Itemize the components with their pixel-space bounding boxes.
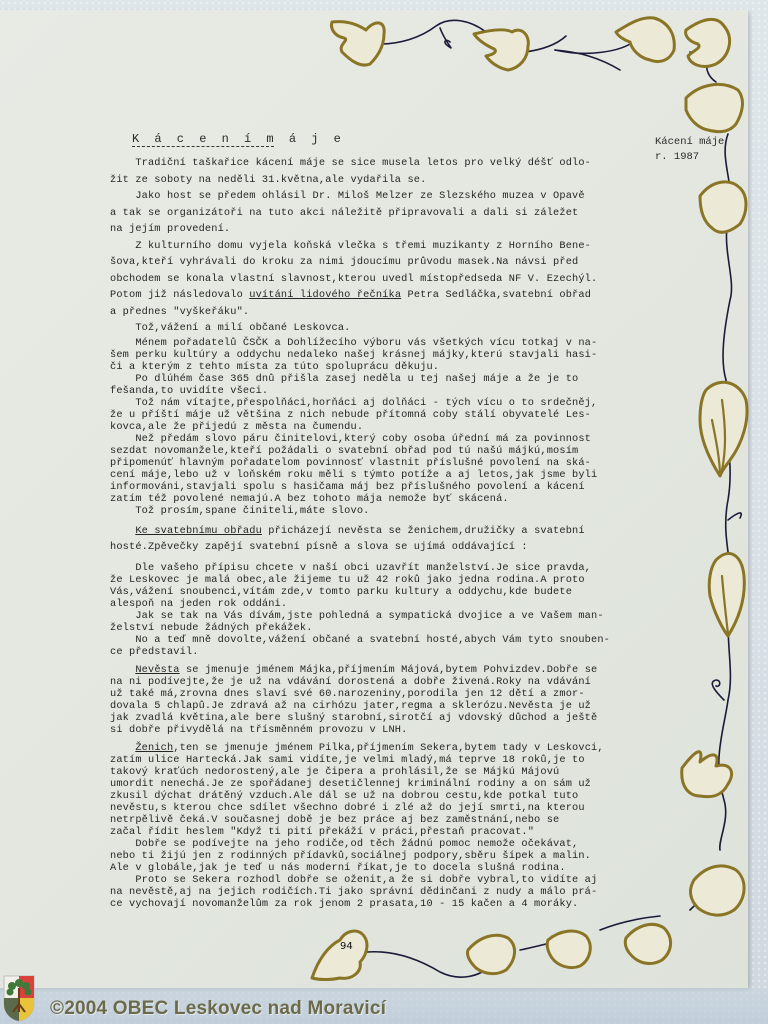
text-run: želství nebude žádných překážek. bbox=[110, 622, 313, 634]
underlined-heading: Ženich bbox=[135, 742, 173, 754]
text-run: informováni,stavjali spolu s hasičama má… bbox=[110, 481, 585, 493]
text-run: zkusil dýchat drátěný vzduch.Ale dál se … bbox=[110, 790, 578, 802]
text-run: alespoň na jeden rok oddáni. bbox=[110, 598, 287, 610]
title-underline bbox=[132, 146, 274, 147]
text-run: přicházejí nevěsta se ženichem,družičky … bbox=[262, 525, 585, 537]
text-line: a tak se organizátoři na tuto akci nálež… bbox=[110, 205, 670, 222]
text-line: Tož nám vítajte,přespolňáci,horňáci aj d… bbox=[110, 397, 670, 409]
text-line: dovala 5 chlapů.Je zdravá až na cirhózu … bbox=[110, 700, 670, 712]
text-line: ce vychovají novomanželům za rok jenom 2… bbox=[110, 898, 670, 910]
text-run: se jmenuje jménem Májka,příjmením Májová… bbox=[180, 664, 598, 676]
text-run bbox=[110, 742, 135, 754]
text-run: Po dlúhém čase 365 dnů přišla zasej nedě… bbox=[110, 373, 578, 385]
text-line: hosté.Zpěvečky zapějí svatební písně a s… bbox=[110, 539, 670, 556]
text-line: či a kterým z tehto místa za túto spolup… bbox=[110, 361, 670, 373]
underlined-heading: Nevěsta bbox=[135, 664, 179, 676]
text-line: Jako host se předem ohlásil Dr. Miloš Me… bbox=[110, 188, 670, 205]
text-run: si dobře přivydělá na třísměnném provozu… bbox=[110, 724, 407, 736]
text-line: informováni,stavjali spolu s hasičama má… bbox=[110, 481, 670, 493]
text-run: žit ze soboty na neděli 31.května,ale vy… bbox=[110, 174, 426, 186]
text-line: Tož,vážení a milí občané Leskovca. bbox=[110, 320, 670, 337]
text-line: že Leskovec je malá obec,ale žijeme tu u… bbox=[110, 574, 670, 586]
text-run: netrpělivě čeká.V současnej době je bez … bbox=[110, 814, 559, 826]
text-run: ce vychovají novomanželům za rok jenom 2… bbox=[110, 898, 578, 910]
text-line: Ženich,ten se jmenuje jménem Pilka,příjm… bbox=[110, 742, 670, 754]
text-run: Vás,vážení snoubenci,vítám zde,v tomto p… bbox=[110, 586, 572, 598]
text-run: Než předám slovo páru činitelovi,který c… bbox=[110, 433, 591, 445]
text-run: dovala 5 chlapů.Je zdravá až na cirhózu … bbox=[110, 700, 591, 712]
text-run bbox=[110, 525, 135, 537]
text-line: sezdat novomanžele,kteří požádali o svat… bbox=[110, 445, 670, 457]
text-line: Ke svatebnímu obřadu přicházejí nevěsta … bbox=[110, 523, 670, 540]
text-line: netrpělivě čeká.V současnej době je bez … bbox=[110, 814, 670, 826]
text-run: začal řídit heslem "Když ti pití překáží… bbox=[110, 826, 534, 838]
text-line: začal řídit heslem "Když ti pití překáží… bbox=[110, 826, 670, 838]
text-line: cení máje,lebo už v loňském roku měli s … bbox=[110, 469, 670, 481]
text-run: hosté.Zpěvečky zapějí svatební písně a s… bbox=[110, 541, 528, 553]
text-run: či a kterým z tehto místa za túto spolup… bbox=[110, 361, 439, 373]
text-line: No a teď mně dovolte,vážení občané a sva… bbox=[110, 634, 670, 646]
text-line: Jak se tak na Vás dívám,jste pohledná a … bbox=[110, 610, 670, 622]
text-line: Ménem pořadatelů ČSČK a Dohlížecího výbo… bbox=[110, 337, 670, 349]
text-line: Po dlúhém čase 365 dnů přišla zasej nedě… bbox=[110, 373, 670, 385]
text-run bbox=[110, 664, 135, 676]
text-run: že Leskovec je malá obec,ale žijeme tu u… bbox=[110, 574, 585, 586]
text-run: Ménem pořadatelů ČSČK a Dohlížecího výbo… bbox=[110, 337, 597, 349]
underlined-heading: Ke svatebnímu obřadu bbox=[135, 525, 262, 537]
text-run: nevěstu,s kterou chce sdílet všechno dob… bbox=[110, 802, 585, 814]
text-line: Tož prosím,spane činiteli,máte slovo. bbox=[110, 505, 670, 517]
text-run: ce představil. bbox=[110, 646, 199, 658]
text-line: že u příští máje už většina z nich nebud… bbox=[110, 409, 670, 421]
text-line: obchodem se konala vlastní slavnost,kter… bbox=[110, 271, 670, 288]
text-line: ce představil. bbox=[110, 646, 670, 658]
text-line: na nevěstě,aj na jejich rodičích.Ti jako… bbox=[110, 886, 670, 898]
text-line: nevěstu,s kterou chce sdílet všechno dob… bbox=[110, 802, 670, 814]
text-line: a přednes "vyškeřáku". bbox=[110, 304, 670, 321]
text-line: Dle vašeho přípisu chcete v naší obci uz… bbox=[110, 562, 670, 574]
text-line: Z kulturního domu vyjela koňská vlečka s… bbox=[110, 238, 670, 255]
text-run: Dobře se podívejte na jeho rodiče,od těc… bbox=[110, 838, 578, 850]
text-run: zatím též povolené nemajú.A bez tohoto m… bbox=[110, 493, 509, 505]
text-run: Potom již následovalo bbox=[110, 289, 249, 301]
text-line: alespoň na jeden rok oddáni. bbox=[110, 598, 670, 610]
text-run: na nevěstě,aj na jejich rodičích.Ti jako… bbox=[110, 886, 597, 898]
text-run: nebo ti žijú jen z rodinných přídavků,so… bbox=[110, 850, 591, 862]
text-line: Vás,vážení snoubenci,vítám zde,v tomto p… bbox=[110, 586, 670, 598]
text-line: na ni podívejte,že je už na vdávání doro… bbox=[110, 676, 670, 688]
text-line: fešanda,to uvidíte všeci. bbox=[110, 385, 670, 397]
text-run: šem perku kultúry a oddychu nedaleko naš… bbox=[110, 349, 597, 361]
text-run: a tak se organizátoři na tuto akci nálež… bbox=[110, 207, 578, 219]
text-run: Z kulturního domu vyjela koňská vlečka s… bbox=[110, 240, 591, 252]
text-run: Dle vašeho přípisu chcete v naší obci uz… bbox=[110, 562, 591, 574]
text-run: že u příští máje už většina z nich nebud… bbox=[110, 409, 591, 421]
page-number: 94 bbox=[340, 941, 353, 952]
text-run: už také má,zrovna dnes slaví své 60.naro… bbox=[110, 688, 585, 700]
text-line: na jejím provedení. bbox=[110, 221, 670, 238]
text-run: ,ten se jmenuje jménem Pilka,příjmením S… bbox=[173, 742, 603, 754]
text-run: Tradiční taškařice kácení máje se sice m… bbox=[110, 157, 591, 169]
text-run: Tož,vážení a milí občané Leskovca. bbox=[110, 322, 351, 334]
text-line: Tradiční taškařice kácení máje se sice m… bbox=[110, 155, 670, 172]
text-run: a přednes "vyškeřáku". bbox=[110, 306, 249, 318]
text-line: Potom již následovalo uvítání lidového ř… bbox=[110, 287, 670, 304]
document-title: K á c e n í m á j e bbox=[132, 132, 345, 146]
text-run: cení máje,lebo už v loňském roku měli s … bbox=[110, 469, 597, 481]
text-run: šova,kteří vyhrávali do kroku za nimi jd… bbox=[110, 256, 578, 268]
text-run: Tož prosím,spane činiteli,máte slovo. bbox=[110, 505, 370, 517]
text-line: šova,kteří vyhrávali do kroku za nimi jd… bbox=[110, 254, 670, 271]
text-line: Než předám slovo páru činitelovi,který c… bbox=[110, 433, 670, 445]
text-run: na ni podívejte,že je už na vdávání doro… bbox=[110, 676, 591, 688]
text-line: žit ze soboty na neděli 31.května,ale vy… bbox=[110, 172, 670, 189]
text-run: Petra Sedláčka,svatební obřad bbox=[401, 289, 591, 301]
copyright-watermark: ©2004 OBEC Leskovec nad Moravicí bbox=[50, 998, 386, 1020]
text-run: sezdat novomanžele,kteří požádali o svat… bbox=[110, 445, 578, 457]
text-run: Proto se Sekera rozhodl dobře se oženit,… bbox=[110, 874, 597, 886]
text-run: Jako host se předem ohlásil Dr. Miloš Me… bbox=[110, 190, 585, 202]
text-line: Proto se Sekera rozhodl dobře se oženit,… bbox=[110, 874, 670, 886]
text-run: Tož nám vítajte,přespolňáci,horňáci aj d… bbox=[110, 397, 597, 409]
text-line: Dobře se podívejte na jeho rodiče,od těc… bbox=[110, 838, 670, 850]
text-run: takový kraťúch nedorostený,ale je čipera… bbox=[110, 766, 559, 778]
text-line: šem perku kultúry a oddychu nedaleko naš… bbox=[110, 349, 670, 361]
text-run: jak zvadlá květina,ale bere slušný staro… bbox=[110, 712, 597, 724]
underlined-heading: uvítání lidového řečníka bbox=[249, 289, 401, 301]
text-run: na jejím provedení. bbox=[110, 223, 230, 235]
text-line: už také má,zrovna dnes slaví své 60.naro… bbox=[110, 688, 670, 700]
text-run: připomenúť hlavným pořadatelom povinnosť… bbox=[110, 457, 591, 469]
text-line: zatím ulice Hartecká.Jak sami vidíte,je … bbox=[110, 754, 670, 766]
text-run: kovca,ale že přijedú z města na čumendu. bbox=[110, 421, 363, 433]
text-line: kovca,ale že přijedú z města na čumendu. bbox=[110, 421, 670, 433]
text-line: nebo ti žijú jen z rodinných přídavků,so… bbox=[110, 850, 670, 862]
document-body: Tradiční taškařice kácení máje se sice m… bbox=[110, 155, 670, 910]
text-line: takový kraťúch nedorostený,ale je čipera… bbox=[110, 766, 670, 778]
text-line: želství nebude žádných překážek. bbox=[110, 622, 670, 634]
text-line: si dobře přivydělá na třísměnném provozu… bbox=[110, 724, 670, 736]
coat-of-arms-icon bbox=[2, 974, 36, 1022]
text-line: zkusil dýchat drátěný vzduch.Ale dál se … bbox=[110, 790, 670, 802]
text-run: Ale v globále,jak je teď u nás moderní ř… bbox=[110, 862, 566, 874]
text-line: zatím též povolené nemajú.A bez tohoto m… bbox=[110, 493, 670, 505]
text-run: Jak se tak na Vás dívám,jste pohledná a … bbox=[110, 610, 604, 622]
text-line: jak zvadlá květina,ale bere slušný staro… bbox=[110, 712, 670, 724]
text-line: umordit nenechá.Je ze spořádanej desetič… bbox=[110, 778, 670, 790]
text-line: Ale v globále,jak je teď u nás moderní ř… bbox=[110, 862, 670, 874]
text-run: obchodem se konala vlastní slavnost,kter… bbox=[110, 273, 597, 285]
text-run: zatím ulice Hartecká.Jak sami vidíte,je … bbox=[110, 754, 585, 766]
text-run: No a teď mně dovolte,vážení občané a sva… bbox=[110, 634, 610, 646]
text-run: umordit nenechá.Je ze spořádanej desetič… bbox=[110, 778, 591, 790]
text-line: Nevěsta se jmenuje jménem Májka,příjmení… bbox=[110, 664, 670, 676]
text-line: připomenúť hlavným pořadatelom povinnosť… bbox=[110, 457, 670, 469]
text-run: fešanda,to uvidíte všeci. bbox=[110, 385, 268, 397]
